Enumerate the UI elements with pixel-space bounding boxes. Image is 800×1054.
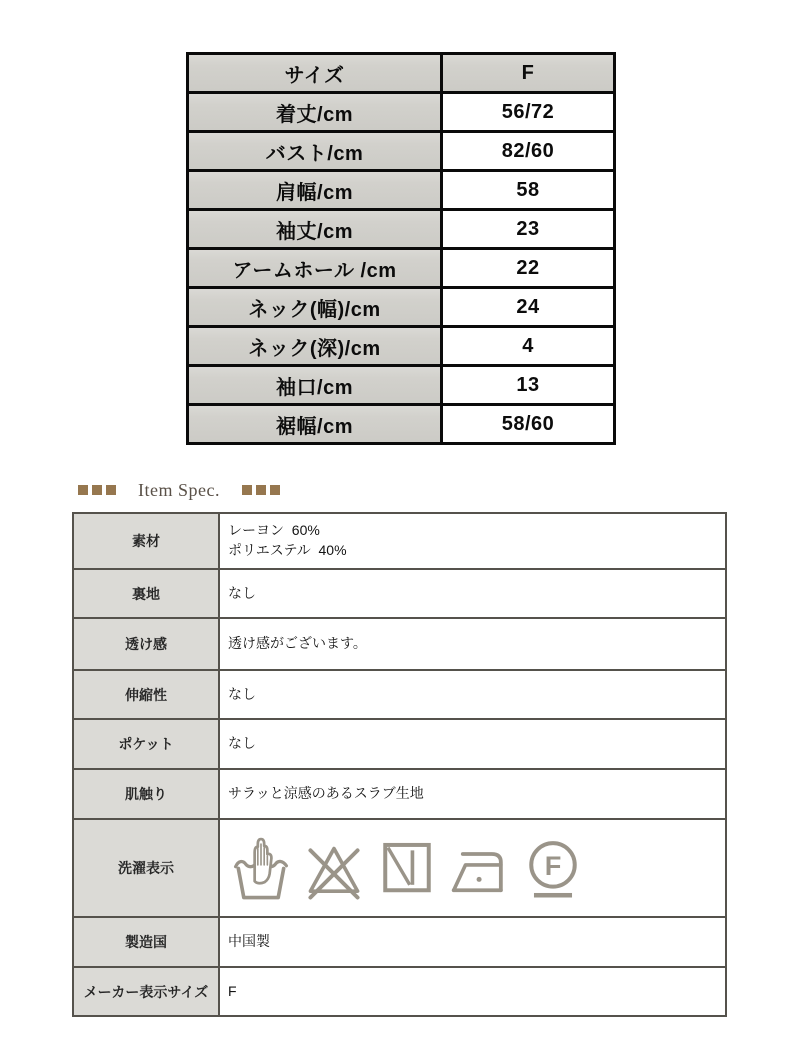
spec-row-label: メーカー表示サイズ xyxy=(74,968,220,1015)
table-row: バスト/cm 82/60 xyxy=(189,133,613,172)
table-row: ネック(幅)/cm 24 xyxy=(189,289,613,328)
table-row: 伸縮性 なし xyxy=(74,671,725,720)
iron-low-heat-icon xyxy=(451,834,509,903)
table-row: ネック(深)/cm 4 xyxy=(189,328,613,367)
size-row-label: ネック(幅)/cm xyxy=(189,289,443,325)
spec-row-label: 洗濯表示 xyxy=(74,820,220,916)
size-row-label: 裾幅/cm xyxy=(189,406,443,442)
spec-row-value: サラッと涼感のあるスラブ生地 xyxy=(220,770,725,818)
size-row-value: 56/72 xyxy=(443,94,613,130)
spec-row-value: 透け感がございます。 xyxy=(220,619,725,669)
table-row: 裏地 なし xyxy=(74,570,725,619)
spec-row-value: F xyxy=(220,968,725,1015)
size-row-label: 肩幅/cm xyxy=(189,172,443,208)
size-table-header-row: サイズ F xyxy=(189,55,613,94)
spec-row-value: なし xyxy=(220,570,725,617)
size-row-value: 24 xyxy=(443,289,613,325)
spec-row-value: レーヨン 60% ポリエステル 40% xyxy=(220,514,725,568)
spec-row-label: 素材 xyxy=(74,514,220,568)
table-row: 製造国 中国製 xyxy=(74,918,725,968)
size-table: サイズ F 着丈/cm 56/72 バスト/cm 82/60 肩幅/cm 58 … xyxy=(186,52,616,445)
size-row-value: 23 xyxy=(443,211,613,247)
table-row: 透け感 透け感がございます。 xyxy=(74,619,725,671)
size-row-value: 4 xyxy=(443,328,613,364)
spec-row-value: 中国製 xyxy=(220,918,725,966)
size-row-value: 13 xyxy=(443,367,613,403)
size-row-value: 22 xyxy=(443,250,613,286)
spec-row-label: 肌触り xyxy=(74,770,220,818)
spec-row-label: 製造国 xyxy=(74,918,220,966)
item-spec-table: 素材 レーヨン 60% ポリエステル 40% 裏地 なし 透け感 透け感がござい… xyxy=(72,512,727,1017)
size-row-value: 58 xyxy=(443,172,613,208)
table-row: 肌触り サラッと涼感のあるスラブ生地 xyxy=(74,770,725,820)
table-row: 肩幅/cm 58 xyxy=(189,172,613,211)
size-table-header-value: F xyxy=(443,55,613,91)
table-row: 洗濯表示 xyxy=(74,820,725,918)
table-row: アームホール /cm 22 xyxy=(189,250,613,289)
size-table-header-label: サイズ xyxy=(189,55,443,91)
table-row: メーカー表示サイズ F xyxy=(74,968,725,1015)
size-row-value: 82/60 xyxy=(443,133,613,169)
size-row-label: バスト/cm xyxy=(189,133,443,169)
table-row: 袖口/cm 13 xyxy=(189,367,613,406)
dry-clean-F-gentle-icon: F xyxy=(524,834,582,903)
size-row-value: 58/60 xyxy=(443,406,613,442)
hand-wash-icon xyxy=(232,834,290,903)
spec-row-label: ポケット xyxy=(74,720,220,768)
table-row: 裾幅/cm 58/60 xyxy=(189,406,613,442)
dry-in-shade-icon xyxy=(378,834,436,903)
size-row-label: アームホール /cm xyxy=(189,250,443,286)
spec-row-value: なし xyxy=(220,671,725,718)
decor-squares-left-icon xyxy=(78,485,116,495)
table-row: 着丈/cm 56/72 xyxy=(189,94,613,133)
spec-row-label: 透け感 xyxy=(74,619,220,669)
spec-row-label: 裏地 xyxy=(74,570,220,617)
do-not-bleach-icon xyxy=(305,834,363,903)
decor-squares-right-icon xyxy=(242,485,280,495)
table-row: 素材 レーヨン 60% ポリエステル 40% xyxy=(74,514,725,570)
dry-clean-letter: F xyxy=(545,849,562,880)
spec-row-label: 伸縮性 xyxy=(74,671,220,718)
size-row-label: ネック(深)/cm xyxy=(189,328,443,364)
size-row-label: 袖丈/cm xyxy=(189,211,443,247)
section-title: Item Spec. xyxy=(138,480,220,501)
size-row-label: 着丈/cm xyxy=(189,94,443,130)
table-row: ポケット なし xyxy=(74,720,725,770)
care-symbols-cell: F xyxy=(220,820,725,916)
item-spec-header: Item Spec. xyxy=(78,481,280,499)
spec-row-value: なし xyxy=(220,720,725,768)
size-row-label: 袖口/cm xyxy=(189,367,443,403)
table-row: 袖丈/cm 23 xyxy=(189,211,613,250)
